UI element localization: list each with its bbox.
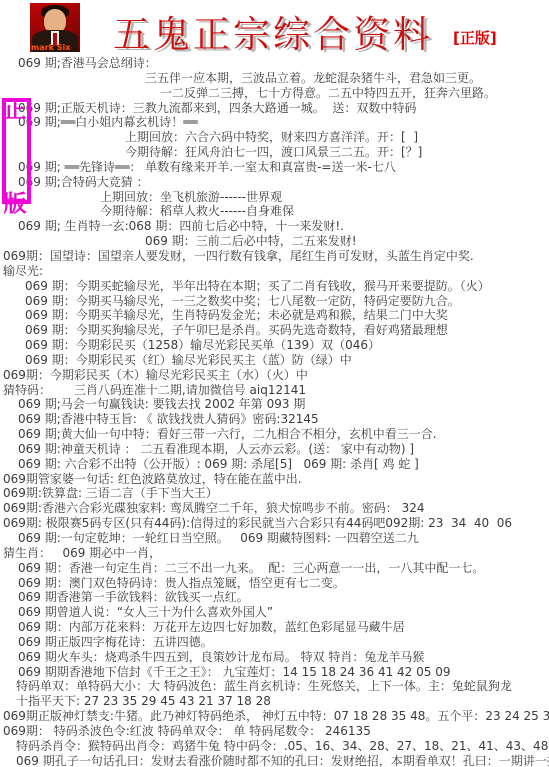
text-line: 069 期：今期彩民买（红）输尽光彩民买主（蓝）防（绿）中 — [0, 353, 549, 368]
text-line: 069 期:一句定乾坤：一轮红日当空照。 069 期藏特图料: 一四碧空送二九 — [0, 531, 549, 546]
text-line: 特码单双：单特码大小：大 特码波色：蓝生肖玄机诗：生死悠关，上下一体。主：兔蛇鼠… — [0, 679, 549, 694]
page: mark Six 五鬼正宗综合资料 [正版] 正 版 069 期;香港马会总纲诗… — [0, 0, 549, 767]
text-line: 上期回放：坐飞机旅游------世界观 — [0, 190, 549, 205]
text-line: 069 期;黄大仙一句中特：看好三带一六行，二九相合不相分，玄机中看三一合. — [0, 427, 549, 442]
text-line: 069 期曾道人说：“女人三十为什么喜欢外国人” — [0, 605, 549, 620]
page-title: 五鬼正宗综合资料 — [113, 4, 433, 58]
text-line: 特码杀肖令：猴特码出肖令：鸡猪牛兔 特中码令：.05、16、34、28、27、1… — [0, 739, 549, 754]
text-line: 069 期正版四字梅花诗：五讲四德。 — [0, 635, 549, 650]
text-line: 069 期：内部万花来料：万花开左边四七好加数，蓝红色彩尾显马藏牛居 — [0, 620, 549, 635]
text-line: 069 期;合特码大竞猜 ： — [0, 175, 549, 190]
text-line: 069 期;香港马会总纲诗： — [0, 56, 549, 71]
text-line: 069 期：澳门双色特码诗：贵人指点笼厩，悟空更有七二变。 — [0, 576, 549, 591]
text-line: 069 期香港第一手欲钱料：欲钱买一点红。 — [0, 590, 549, 605]
text-line: 069 期：今期买蛇输尽光，半年出特在本期；买了二肖有钱收，猴马开来要提防。（火… — [0, 279, 549, 294]
text-line: 猜特码： 三肖八码连准十二期,请加微信号 aiq12141 — [0, 383, 549, 398]
text-line: 069 期：今期彩民买（1258）输尽光彩民买单（139）双（046） — [0, 338, 549, 353]
text-line: 069 期：今期买马输尽光，一三之数奖中奖；七八尾数一定防，特码定要防九合。 — [0, 294, 549, 309]
text-line: 上期回放：六合六码中特奖，财来四方喜洋洋。开：[ ] — [0, 130, 549, 145]
text-line: 069期正版神灯禁支:牛猪。此乃神灯特码绝杀， 神灯五中特：07 18 28 3… — [0, 709, 549, 724]
header: mark Six 五鬼正宗综合资料 [正版] — [0, 0, 549, 56]
text-line: 069 期：今期买狗输尽光，子午卯巳是杀肖。买码先选奇数特，看好鸡猪最理想 — [0, 323, 549, 338]
text-line: 一二反弹二三搏，七十方得意。二五中特四五开，狂奔六里路。 — [0, 86, 549, 101]
text-line: 069期:铁算盘: 三语二言（手下当大王） — [0, 486, 549, 501]
text-line: 069期：国望诗：国望亲人要发财，一四行数有钱拿，尾红生肖可发财，头蓝生肖定中奖… — [0, 249, 549, 264]
text-line: 069 期;══白小姐内幕玄机诗！══ — [0, 115, 549, 130]
text-line: 069 期; 生肖特一玄:068 期：四前七后必中特，十一来发财!. — [0, 219, 549, 234]
text-line: 069期管家婆一句话: 红色波路莫放过，特在能在蓝中出. — [0, 472, 549, 487]
text-line: 三五伴一应本期，三波品立着。龙蛇混杂猪牛斗，君急如三更。 — [0, 71, 549, 86]
text-line: 069 期;香港中特玉旨: 《 欲钱找贵人猜码》密码:32145 — [0, 412, 549, 427]
text-line: 069 期;正版天机诗：三教九流都来到，四条大路通一城。 送：双数中特码 — [0, 101, 549, 116]
text-line: 069期： 特码杀波色令:红波 特码单双令： 单 特码尾数令： 246135 — [0, 724, 549, 739]
text-line: 069 期孔子一句话孔曰：发财去看涨价随时都不知的孔曰：发财绝招，本期看单双！孔… — [0, 754, 549, 767]
photo-caption: mark Six — [31, 43, 70, 52]
text-line: 069 期火车头：烧鸡杀牛四五到，良策妙计龙布局。 特双 特肖：兔龙羊马猴 — [0, 650, 549, 665]
text-line: 069 期：今期买羊输尽光，生肖特码发金光；未必就是鸡和猴，结果二门中大奖 — [0, 308, 549, 323]
portrait-photo: mark Six — [30, 3, 80, 52]
text-line: 069期: 极限赛5码专区(只有44码):信得过的彩民就当六合彩只有44码吧09… — [0, 516, 549, 531]
text-line: 输尽光: — [0, 264, 549, 279]
text-line: 069 期: 六合彩不出特（公开版）: 069 期: 杀尾[5] 069 期: … — [0, 457, 549, 472]
text-line: 今期待解：稻草人救火------自身难保 — [0, 204, 549, 219]
text-line: 069期:香港六合彩光碟独家料: 鸾凤腾空二千年，狼犬惊鸣步不前。密码： 324 — [0, 501, 549, 516]
text-line: 069 期：香港一句定生肖：二三不出一九来。 配：三心两意一一出，一八其中配一七… — [0, 561, 549, 576]
text-line: 今期待解：狂风舟泊七一四，渡口风景三二五。开：[？] — [0, 145, 549, 160]
text-line: 069 期：三前二后必中特，二五来发财! — [0, 234, 549, 249]
text-line: 十指平天下: 27 23 35 29 45 43 21 37 18 28 — [0, 694, 549, 709]
text-line: 猜生肖： 069 期必中一肖， — [0, 546, 549, 561]
edition-tag: [正版] — [453, 27, 497, 48]
content: 069 期;香港马会总纲诗：三五伴一应本期，三波品立着。龙蛇混杂猪牛斗，君急如三… — [0, 56, 549, 767]
text-line: 069 期期香港地下信封《千王之王》： 九宝莲灯：14 15 18 24 36 … — [0, 665, 549, 680]
text-line: 069期：今期彩民买（木）输尽光彩民买主（水）（火）中 — [0, 368, 549, 383]
text-line: 069 期;马会一句赢钱诀: 要钱去找 2002 年第 093 期 — [0, 397, 549, 412]
text-line: 069 期; ══先锋诗══： 单数有缘来开羊.一室太和真富贵-=送一米-七八 — [0, 160, 549, 175]
text-line: 069 期:神童天机诗 ： 二五看准现本期，人云亦云彩。(送： 家中有动物) ] — [0, 442, 549, 457]
